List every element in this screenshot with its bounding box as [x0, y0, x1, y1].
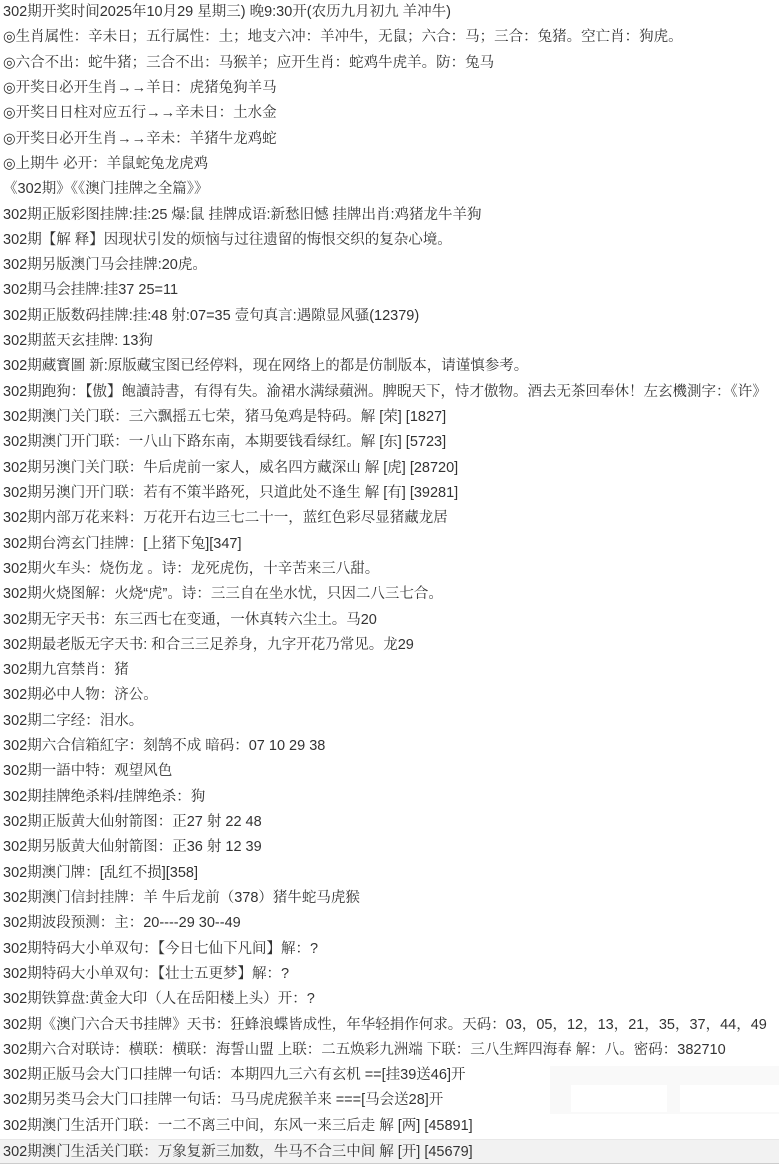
lottery-info-row: 302期《澳门六合天书挂牌》天书：狂蜂浪蝶皆成性，年华轻捐作何求。天码：03，0…: [0, 1013, 779, 1038]
lottery-info-row: 302期六合对联诗：横联：横联：海誓山盟 上联：二五焕彩九洲端 下联：三八生辉四…: [0, 1038, 779, 1063]
lottery-info-row: 302期另澳门开门联：若有不策半路死，只道此处不逢生 解 [有] [39281]: [0, 481, 779, 506]
lottery-info-row: 302期藏寳圖 新:原版藏宝图已经停料，现在网络上的都是仿制版本，请谨慎参考。: [0, 354, 779, 379]
lottery-info-row: 302期马会挂牌:挂37 25=11: [0, 278, 779, 303]
lottery-info-row: ◎六合不出：蛇牛猪；三合不出：马猴羊；应开生肖：蛇鸡牛虎羊。防：兔马: [0, 51, 779, 76]
lottery-info-row: 302期正版黄大仙射箭图：正27 射 22 48: [0, 810, 779, 835]
lottery-info-row: ◎开奖日必开生肖→→辛未：羊猪牛龙鸡蛇: [0, 127, 779, 152]
lottery-info-row: 302期挂牌绝杀料/挂牌绝杀：狗: [0, 785, 779, 810]
lottery-info-row: 302期铁算盘:黄金大印（人在岳阳楼上头）开：?: [0, 987, 779, 1012]
lottery-info-row: 302期澳门信封挂牌：羊 牛后龙前（378）猪牛蛇马虎猴: [0, 886, 779, 911]
lottery-info-row: 302期特码大小单双句：【今日七仙下凡间】解：?: [0, 937, 779, 962]
lottery-info-list: 302期开奖时间2025年10月29 星期三) 晚9:30开(农历九月初九 羊冲…: [0, 0, 779, 1164]
lottery-info-row: 302期另澳门关门联：牛后虎前一家人，威名四方藏深山 解 [虎] [28720]: [0, 456, 779, 481]
lottery-info-row: 302期跑狗：【傲】飽讀詩書，有得有失。渝裙水满绿蘋洲。脾睨天下，恃才傲物。酒去…: [0, 380, 779, 405]
lottery-info-row: 302期澳门牌：[乱红不损][358]: [0, 861, 779, 886]
lottery-info-row: 302期特码大小单双句：【壮士五更梦】解：?: [0, 962, 779, 987]
lottery-info-row: 302期火车头：烧伤龙 。诗：龙死虎伤，十辛苦来三八甜。: [0, 557, 779, 582]
lottery-info-row: 302期【解 释】因现状引发的烦恼与过往遗留的悔恨交织的复杂心境。: [0, 228, 779, 253]
lottery-info-row: 302期另版黄大仙射箭图：正36 射 12 39: [0, 835, 779, 860]
lottery-info-row: 302期开奖时间2025年10月29 星期三) 晚9:30开(农历九月初九 羊冲…: [0, 0, 779, 25]
lottery-info-row: 302期澳门生活开门联：一二不离三中间，东风一来三后走 解 [两] [45891…: [0, 1114, 779, 1139]
lottery-info-row: 302期九宫禁肖：猪: [0, 658, 779, 683]
lottery-info-row: 302期澳门开门联：一八山下路东南，本期要钱看绿红。解 [东] [5723]: [0, 430, 779, 455]
lottery-info-row: 302期必中人物：济公。: [0, 683, 779, 708]
lottery-info-row: 302期火烧图解：火烧“虎”。诗：三三自在坐水忧，只因二八三七合。: [0, 582, 779, 607]
lottery-info-row: ◎开奖日必开生肖→→羊日：虎猪兔狗羊马: [0, 76, 779, 101]
lottery-info-row: 302期澳门生活关门联：万象复新三加数，牛马不合三中间 解 [开] [45679…: [0, 1139, 779, 1164]
lottery-info-row: 302期台湾玄门挂牌：[上猪下兔][347]: [0, 532, 779, 557]
lottery-info-row: 302期无字天书：东三西七在变通，一休真转六尘土。马20: [0, 608, 779, 633]
lottery-info-row: 302期另类马会大门口挂牌一句话：马马虎虎猴羊来 ===[马会送28]开: [0, 1088, 779, 1113]
lottery-info-row: 302期六合信箱紅字：刻鹄不成 暗码：07 10 29 38: [0, 734, 779, 759]
lottery-info-row: 302期正版彩图挂牌:挂:25 爆:鼠 挂牌成语:新愁旧憾 挂牌出肖:鸡猪龙牛羊…: [0, 203, 779, 228]
lottery-info-row: 302期蓝天玄挂牌: 13狗: [0, 329, 779, 354]
lottery-info-row: 302期二字经：泪水。: [0, 709, 779, 734]
lottery-info-row: 302期澳门关门联：三六飘摇五七荣，猪马兔鸡是特码。解 [荣] [1827]: [0, 405, 779, 430]
lottery-info-row: ◎生肖属性：辛未日；五行属性：土；地支六冲：羊冲牛，无鼠；六合：马；三合：兔猪。…: [0, 25, 779, 50]
lottery-info-row: 302期正版马会大门口挂牌一句话：本期四九三六有玄机 ==[挂39送46]开: [0, 1063, 779, 1088]
lottery-info-row: 302期最老版无字天书: 和合三三足养身，九字开花乃常见。龙29: [0, 633, 779, 658]
lottery-info-row: 302期内部万花来料：万花开右边三七二十一，蓝红色彩尽显猪藏龙居: [0, 506, 779, 531]
lottery-info-row: 302期另版澳门马会挂牌:20虎。: [0, 253, 779, 278]
lottery-info-row: 《302期》《《澳门挂牌之全篇》》: [0, 177, 779, 202]
lottery-info-row: 302期波段预测：主：20----29 30--49: [0, 911, 779, 936]
lottery-info-row: 302期一語中特：观望风色: [0, 759, 779, 784]
lottery-info-row: ◎开奖日日柱对应五行→→辛未日：土水金: [0, 101, 779, 126]
lottery-info-row: ◎上期牛 必开：羊鼠蛇兔龙虎鸡: [0, 152, 779, 177]
lottery-info-row: 302期正版数码挂牌:挂:48 射:07=35 壹句真言:遇隙显风骚(12379…: [0, 304, 779, 329]
